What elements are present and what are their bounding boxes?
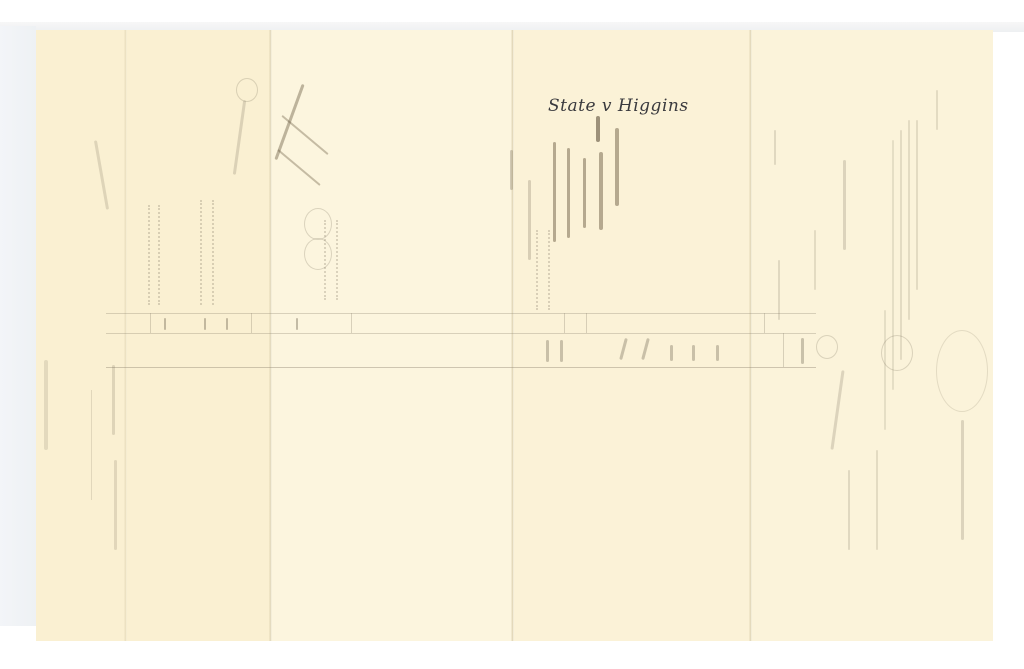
panel-left <box>36 30 270 641</box>
bleed-handwriting <box>528 180 531 260</box>
bleed-amount <box>560 340 563 362</box>
bleed-amount <box>801 338 804 364</box>
ruled-divider <box>783 333 784 367</box>
bleed-handwriting <box>553 142 556 242</box>
bleed-handwriting <box>599 152 603 230</box>
bleed-flourish <box>304 208 332 240</box>
bleed-amount <box>670 345 673 361</box>
bleed-handwriting <box>510 150 513 190</box>
bleed-dots <box>212 200 214 305</box>
bleed-flourish <box>936 330 988 412</box>
ruled-line <box>106 313 816 314</box>
bleed-printed-text <box>876 450 878 550</box>
bleed-rule <box>91 390 92 500</box>
bleed-printed-text <box>884 310 886 430</box>
ruled-line <box>106 333 816 334</box>
bleed-printed-text <box>774 130 776 165</box>
bleed-flourish <box>816 335 838 359</box>
bleed-handwriting <box>114 460 117 550</box>
bleed-handwriting <box>567 148 570 238</box>
document-paper: State v Higgins <box>36 30 993 641</box>
bleed-dots <box>200 200 202 305</box>
panel-center-left <box>270 30 512 641</box>
ruled-divider <box>351 313 352 333</box>
bleed-handwriting <box>596 116 600 142</box>
bleed-amount <box>296 318 298 330</box>
case-title: State v Higgins <box>548 96 689 116</box>
scanner-left-strip <box>0 26 36 626</box>
fold-line <box>124 30 127 641</box>
bleed-printed-text <box>814 230 816 290</box>
bleed-printed-text <box>848 470 850 550</box>
ruled-divider <box>764 313 765 333</box>
bleed-printed-text <box>778 260 780 320</box>
bleed-amount <box>692 345 695 361</box>
bleed-amount <box>164 318 166 330</box>
bleed-printed-text <box>900 130 902 360</box>
bleed-handwriting <box>615 128 619 206</box>
bleed-amount <box>716 345 719 361</box>
bleed-dots <box>336 220 338 300</box>
bleed-amount <box>226 318 228 330</box>
panel-center-right <box>512 30 750 641</box>
bleed-printed-heading <box>44 360 48 450</box>
ruled-line <box>106 367 816 368</box>
bleed-handwriting <box>112 365 115 435</box>
bleed-printed-text <box>908 120 910 320</box>
bleed-dots <box>148 205 150 305</box>
fold-line <box>749 30 752 641</box>
ruled-divider <box>150 313 151 333</box>
ruled-divider <box>586 313 587 333</box>
bleed-flourish <box>236 78 258 102</box>
bleed-dots <box>548 230 550 310</box>
bleed-printed-text <box>916 120 918 290</box>
bleed-amount <box>546 340 549 362</box>
bleed-dots <box>158 205 160 305</box>
bleed-handwriting <box>583 158 586 228</box>
bleed-handwriting <box>961 420 964 540</box>
scanned-image: State v Higgins <box>0 0 1024 669</box>
bleed-handwriting <box>843 160 846 250</box>
bleed-printed-text <box>892 140 894 390</box>
fold-line <box>511 30 514 641</box>
ruled-divider <box>564 313 565 333</box>
ruled-divider <box>251 313 252 333</box>
bleed-amount <box>204 318 206 330</box>
bleed-dots <box>536 230 538 310</box>
bleed-printed-text <box>936 90 938 130</box>
bleed-flourish <box>304 238 332 270</box>
fold-line <box>269 30 272 641</box>
